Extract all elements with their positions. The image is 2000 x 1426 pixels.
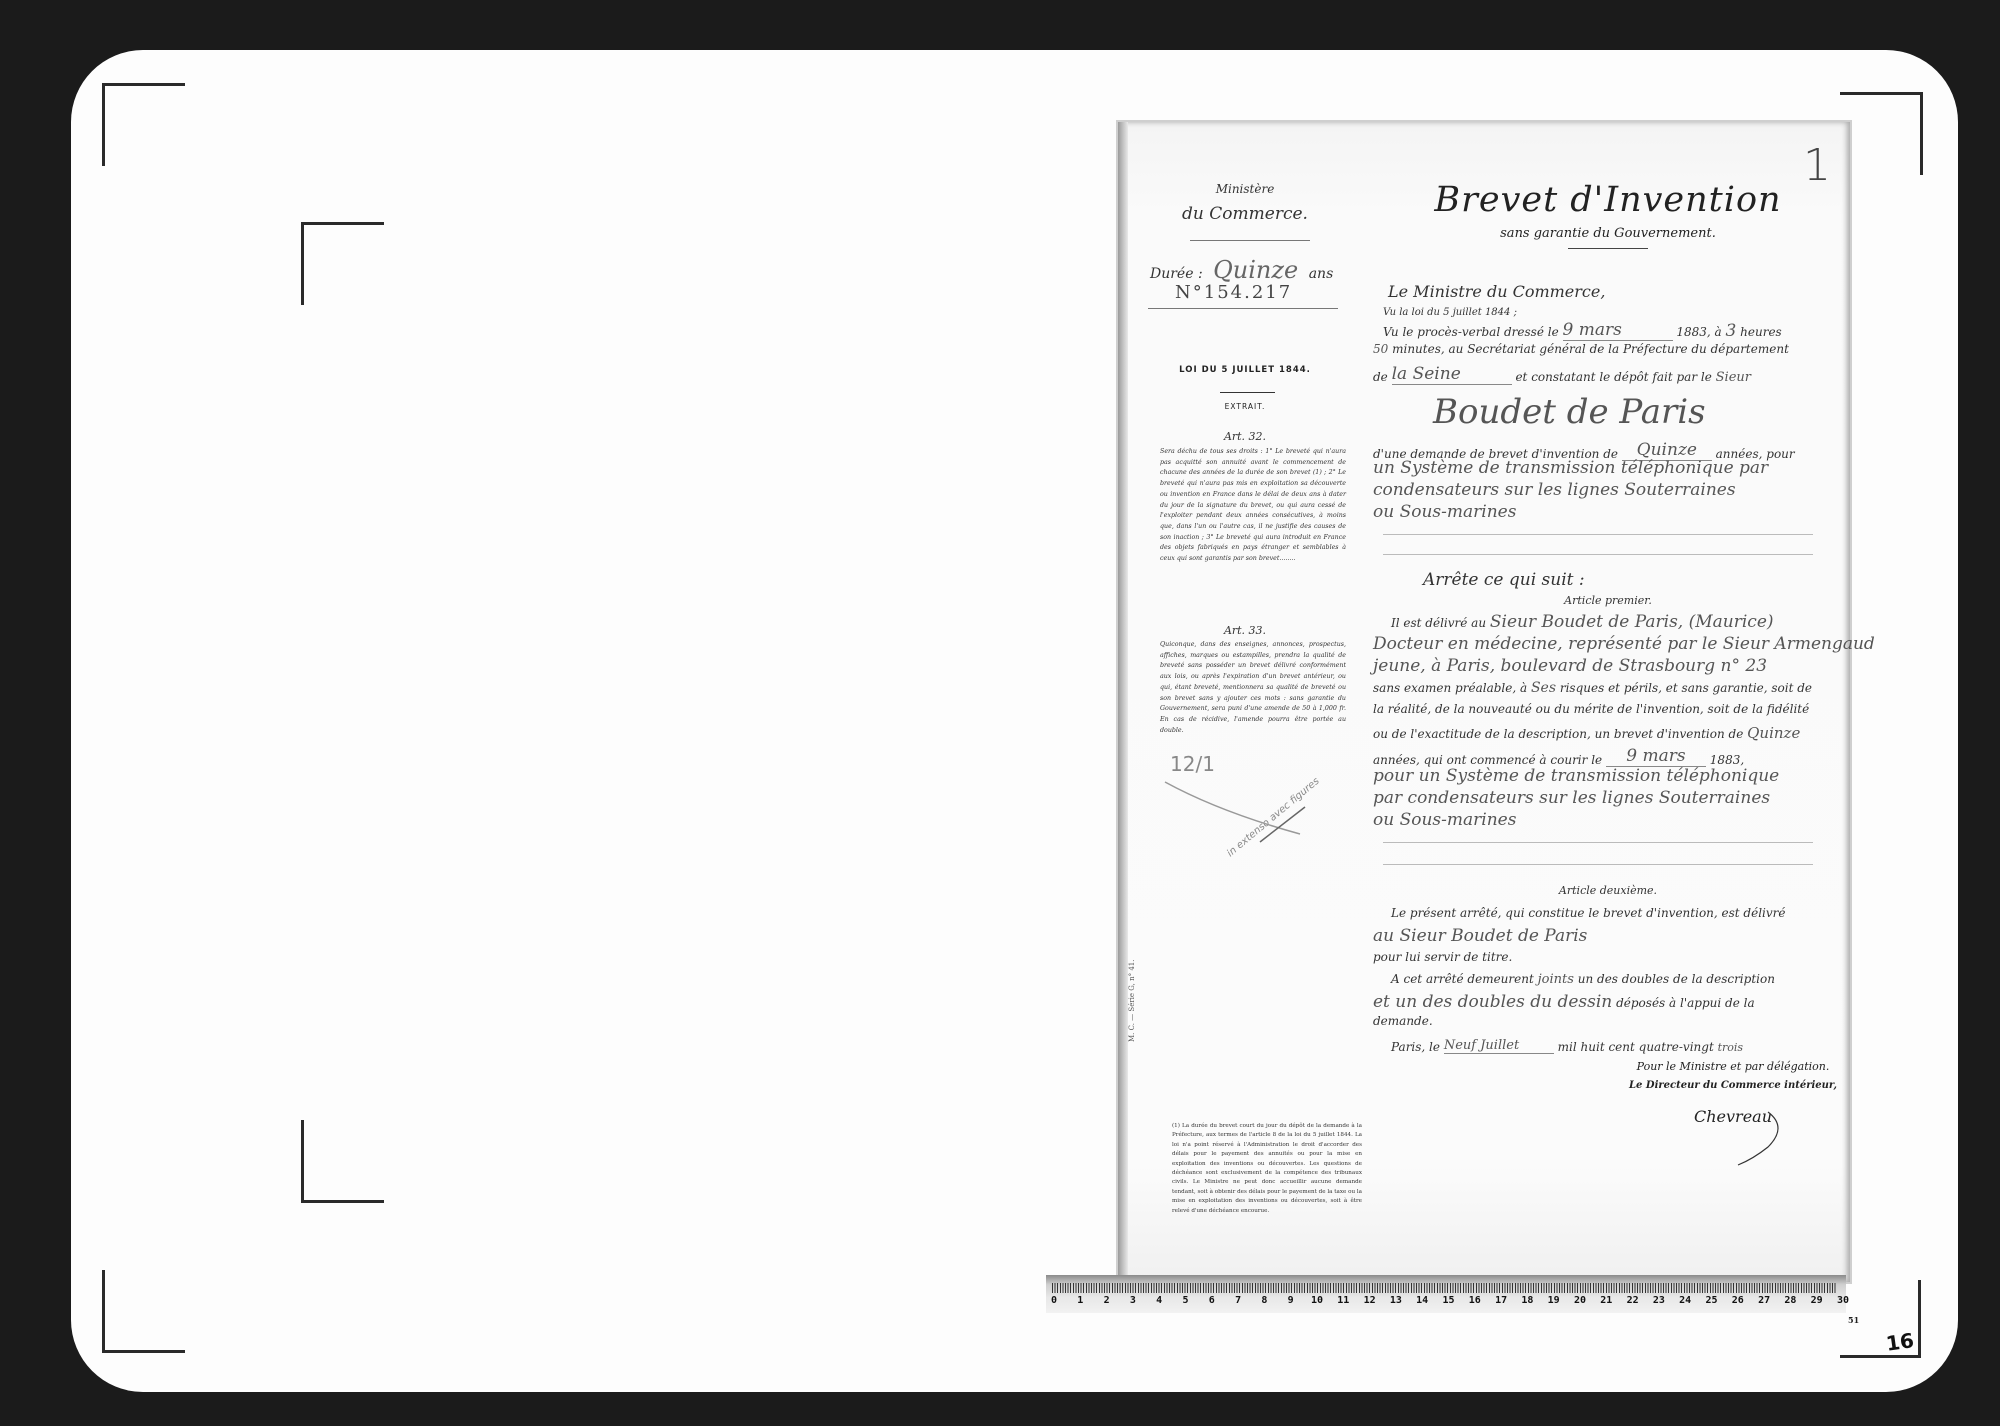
- footnote: (1) La durée du brevet court du jour du …: [1172, 1122, 1362, 1216]
- delegation-line: Pour le Ministre et par délégation.: [1623, 1060, 1843, 1073]
- article1-heading: Article premier.: [1373, 594, 1843, 607]
- vu-loi-line: Vu la loi du 5 juillet 1844 ;: [1383, 307, 1853, 318]
- ruler-label: 28: [1784, 1295, 1796, 1306]
- blank-rule: [1383, 554, 1813, 555]
- art1-line-4: sans examen préalable, à Ses risques et …: [1373, 680, 1843, 696]
- deposit-date: 9 mars: [1563, 320, 1673, 341]
- arrete-heading: Arrête ce qui suit :: [1423, 570, 1893, 590]
- pencil-cross-mark: [1160, 772, 1310, 852]
- art33-text: Quiconque, dans des enseignes, annonces,…: [1160, 640, 1346, 736]
- ruler-label: 23: [1653, 1295, 1665, 1306]
- ruler-label: 4: [1156, 1295, 1162, 1306]
- minutes-line: 50 minutes, au Secrétariat général de la…: [1373, 342, 1843, 356]
- ruler-label: 1: [1077, 1295, 1083, 1306]
- ruler-label: 20: [1574, 1295, 1586, 1306]
- art2-annex-line-1: A cet arrêté demeurent joints un des dou…: [1391, 972, 1861, 987]
- ruler-label: 15: [1442, 1295, 1454, 1306]
- ruler-label: 22: [1627, 1295, 1639, 1306]
- ruler-label: 18: [1521, 1295, 1533, 1306]
- ruler-label: 16: [1469, 1295, 1481, 1306]
- crop-mark-bottom-left: [102, 1270, 185, 1353]
- signature-flourish: [1718, 1107, 1798, 1167]
- crop-mark-inner-bottom-left: [301, 1120, 384, 1203]
- crop-mark-inner-top-left: [301, 222, 384, 305]
- duration-field: Durée : Quinze ans: [1150, 256, 1333, 284]
- ruler-label: 17: [1495, 1295, 1507, 1306]
- ruler-label: 21: [1600, 1295, 1612, 1306]
- divider: [1148, 308, 1338, 309]
- crop-mark-top-left: [102, 83, 185, 166]
- ruler-label: 8: [1261, 1295, 1267, 1306]
- ruler-label: 19: [1548, 1295, 1560, 1306]
- frame-number: 16: [1884, 1328, 1915, 1356]
- ruler-label: 9: [1288, 1295, 1294, 1306]
- art1-invention-line-1: pour un Système de transmission téléphon…: [1373, 766, 1843, 786]
- art2-holder: au Sieur Boudet de Paris: [1373, 926, 1843, 946]
- ruler-label: 24: [1679, 1295, 1691, 1306]
- blank-rule: [1383, 534, 1813, 535]
- blank-rule: [1383, 864, 1813, 865]
- ruler-label: 2: [1104, 1295, 1110, 1306]
- art1-invention-line-2: par condensateurs sur les lignes Souterr…: [1373, 788, 1843, 808]
- art1-line-7: années, qui ont commencé à courir le 9 m…: [1373, 746, 1843, 767]
- ruler-label: 29: [1811, 1295, 1823, 1306]
- ruler-label: 3: [1130, 1295, 1136, 1306]
- art2-demande: demande.: [1373, 1014, 1843, 1028]
- art1-line-2: Docteur en médecine, représenté par le S…: [1373, 634, 1843, 654]
- ruler-label: 0: [1051, 1295, 1057, 1306]
- right-column: 1 Brevet d'Invention sans garantie du Go…: [1373, 122, 1843, 1282]
- art1-line-3: jeune, à Paris, boulevard de Strasbourg …: [1373, 656, 1843, 676]
- art32-heading: Art. 32.: [1130, 430, 1360, 443]
- divider: [1568, 248, 1648, 249]
- ruler-label: 27: [1758, 1295, 1770, 1306]
- art2-annex-line-2: et un des doubles du dessin déposés à l'…: [1373, 992, 1843, 1012]
- applicant-line: Boudet de Paris: [1433, 392, 1903, 432]
- ruler-label: 6: [1209, 1295, 1215, 1306]
- department-line: de la Seine et constatant le dépôt fait …: [1373, 364, 1843, 385]
- ministry-line-1: Ministère: [1130, 182, 1360, 196]
- patent-document: Ministère du Commerce. Durée : Quinze an…: [1118, 122, 1850, 1282]
- issue-date-line: Paris, le Neuf Juillet mil huit cent qua…: [1391, 1038, 1861, 1054]
- law-title: LOI DU 5 JUILLET 1844.: [1130, 365, 1360, 375]
- department: la Seine: [1392, 364, 1512, 385]
- ruler-suffix: 51: [1848, 1315, 1859, 1325]
- art33-heading: Art. 33.: [1130, 624, 1360, 637]
- ruler-label: 5: [1182, 1295, 1188, 1306]
- ruler-label: 13: [1390, 1295, 1402, 1306]
- document-subtitle: sans garantie du Gouvernement.: [1373, 226, 1843, 241]
- director-line: Le Directeur du Commerce intérieur,: [1623, 1080, 1843, 1091]
- art1-line-6: ou de l'exactitude de la description, un…: [1373, 724, 1843, 742]
- issue-day: Neuf Juillet: [1444, 1038, 1554, 1054]
- crop-mark-top-right: [1840, 92, 1923, 175]
- ruler-label: 10: [1311, 1295, 1323, 1306]
- art1-line-1: Il est délivré au Sieur Boudet de Paris,…: [1391, 612, 1861, 632]
- duration-value: Quinze: [1213, 256, 1298, 284]
- ruler-label: 11: [1337, 1295, 1349, 1306]
- invention-line-1: un Système de transmission téléphonique …: [1373, 458, 1843, 478]
- article2-heading: Article deuxième.: [1373, 884, 1843, 897]
- measurement-ruler: 0123456789101112131415161718192021222324…: [1046, 1275, 1846, 1313]
- minister-line: Le Ministre du Commerce,: [1388, 282, 1858, 301]
- art32-text: Sera déchu de tous ses droits : 1° Le br…: [1160, 447, 1346, 565]
- art2-pour: pour lui servir de titre.: [1373, 950, 1843, 964]
- ministry-line-2: du Commerce.: [1130, 204, 1360, 224]
- art2-line-1: Le présent arrêté, qui constitue le brev…: [1391, 906, 1861, 920]
- art1-invention-line-3: ou Sous-marines: [1373, 810, 1843, 830]
- ruler-label: 14: [1416, 1295, 1428, 1306]
- vu-pv-line: Vu le procès-verbal dressé le 9 mars 188…: [1383, 320, 1853, 341]
- ruler-label: 26: [1732, 1295, 1744, 1306]
- document-title: Brevet d'Invention: [1373, 180, 1843, 220]
- blank-rule: [1383, 842, 1813, 843]
- left-column: Ministère du Commerce. Durée : Quinze an…: [1130, 122, 1360, 1282]
- ruler-label: 30: [1837, 1295, 1849, 1306]
- applicant-name: Boudet de Paris: [1433, 392, 1706, 432]
- ruler-ticks: [1052, 1283, 1837, 1293]
- patent-number: N°154.217: [1175, 282, 1292, 303]
- ruler-label: 12: [1364, 1295, 1376, 1306]
- divider: [1190, 240, 1310, 241]
- extract-label: EXTRAIT.: [1130, 402, 1360, 411]
- art1-line-5: la réalité, de la nouveauté ou du mérite…: [1373, 702, 1843, 716]
- ruler-label: 25: [1705, 1295, 1717, 1306]
- invention-line-3: ou Sous-marines: [1373, 502, 1843, 522]
- invention-line-2: condensateurs sur les lignes Souterraine…: [1373, 480, 1843, 500]
- series-code: M. C. — Série G, n° 41.: [1128, 960, 1136, 1042]
- ruler-label: 7: [1235, 1295, 1241, 1306]
- divider: [1220, 392, 1275, 393]
